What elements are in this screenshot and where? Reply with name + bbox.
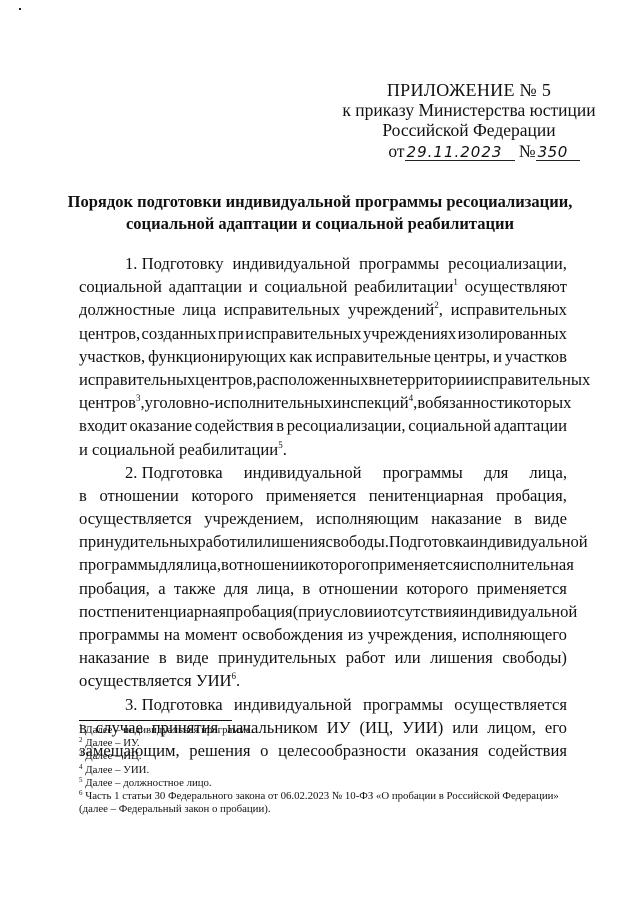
text-line: принудительныхработилилишениясвободы.Под… — [79, 530, 567, 553]
footnote: 5 Далее – должностное лицо. — [79, 777, 567, 790]
footnote: 6 Часть 1 статьи 30 Федерального закона … — [79, 790, 567, 803]
footnote-number: 2 — [79, 736, 83, 744]
footnote-number: 1 — [79, 723, 83, 731]
footnotes: 1 Далее – индивидуальная программа.2 Дал… — [79, 724, 567, 816]
text-line: и социальной реабилитации5. — [79, 438, 567, 461]
footnote-text: Далее – УИИ. — [85, 764, 149, 776]
text-line: 3. Подготовкаиндивидуальнойпрограммыосущ… — [79, 693, 567, 716]
footnote-number: 5 — [79, 776, 83, 784]
footnote-ref: 5 — [278, 440, 283, 450]
number-prefix: № — [519, 141, 536, 161]
footnote: (далее – Федеральный закон о пробации). — [79, 803, 567, 816]
handwritten-date: 29.11.2023 — [405, 144, 515, 161]
footnote-text: Далее – ИУ. — [85, 737, 139, 749]
order-reference: к приказу Министерства юстиции — [330, 100, 608, 120]
text-line: осуществляетсяучреждением,исполняющимнак… — [79, 507, 567, 530]
footnote-separator — [79, 720, 232, 721]
appendix-header: ПРИЛОЖЕНИЕ № 5 к приказу Министерства юс… — [330, 80, 608, 161]
title-line-2: социальной адаптации и социальной реабил… — [60, 213, 580, 235]
date-prefix: от — [388, 141, 404, 161]
text-line: 1. Подготовкуиндивидуальнойпрограммыресо… — [79, 252, 567, 275]
text-line: 2. Подготовкаиндивидуальнойпрограммыдлял… — [79, 461, 567, 484]
footnote-ref: 2 — [434, 300, 439, 310]
scan-speck — [19, 8, 21, 10]
footnote-ref: 1 — [453, 277, 458, 287]
footnote-number: 3 — [79, 749, 83, 757]
handwritten-number: 350 — [536, 144, 580, 161]
title-line-1: Порядок подготовки индивидуальной програ… — [60, 191, 580, 213]
text-line: социальнойадаптацииисоциальнойреабилитац… — [79, 275, 567, 298]
text-line: вотношениикоторогоприменяетсяпенитенциар… — [79, 484, 567, 507]
footnote-ref: 6 — [232, 671, 237, 681]
document-title: Порядок подготовки индивидуальной програ… — [60, 191, 580, 235]
footnote: 3 Далее – ИЦ. — [79, 750, 567, 763]
footnote-number: 6 — [79, 789, 83, 797]
text-line: входитоказаниесодействиявресоциализации,… — [79, 414, 567, 437]
text-line: осуществляется УИИ6. — [79, 669, 567, 692]
footnote: 1 Далее – индивидуальная программа. — [79, 724, 567, 737]
footnote-text: Далее – ИЦ. — [85, 750, 141, 762]
footnote-text: Далее – должностное лицо. — [85, 777, 211, 789]
appendix-number: ПРИЛОЖЕНИЕ № 5 — [330, 80, 608, 100]
footnote-text: (далее – Федеральный закон о пробации). — [79, 803, 271, 815]
text-line: участков,функционирующихкакисправительны… — [79, 345, 567, 368]
text-line: центров,созданныхприисправительныхучрежд… — [79, 322, 567, 345]
paragraph-1: 1. Подготовкуиндивидуальнойпрограммыресо… — [79, 252, 567, 461]
footnote-ref: 4 — [409, 393, 414, 403]
text-line: программыдлялица,вотношениикоторогоприме… — [79, 553, 567, 576]
text-line: должностныелицаисправительныхучреждений2… — [79, 298, 567, 321]
text-line: постпенитенциарнаяпробация(приусловииотс… — [79, 600, 567, 623]
footnote: 4 Далее – УИИ. — [79, 764, 567, 777]
text-line: наказаниеввидепринудительныхработилилише… — [79, 646, 567, 669]
order-date-number: от29.11.2023 №350 — [330, 141, 608, 161]
paragraph-2: 2. Подготовкаиндивидуальнойпрограммыдлял… — [79, 461, 567, 693]
text-line: пробация,атакжедлялица,вотношениикоторог… — [79, 577, 567, 600]
footnote-ref: 3 — [136, 393, 141, 403]
ministry-name: Российской Федерации — [330, 120, 608, 140]
footnote-text: Часть 1 статьи 30 Федерального закона от… — [85, 790, 559, 802]
footnote-text: Далее – индивидуальная программа. — [85, 724, 253, 736]
footnote-number: 4 — [79, 763, 83, 771]
document-body: 1. Подготовкуиндивидуальнойпрограммыресо… — [79, 252, 567, 762]
text-line: программынамоментосвобожденияизучреждени… — [79, 623, 567, 646]
text-line: центров3,уголовно-исполнительныхинспекци… — [79, 391, 567, 414]
text-line: исправительныхцентров,расположенныхвнете… — [79, 368, 567, 391]
footnote: 2 Далее – ИУ. — [79, 737, 567, 750]
